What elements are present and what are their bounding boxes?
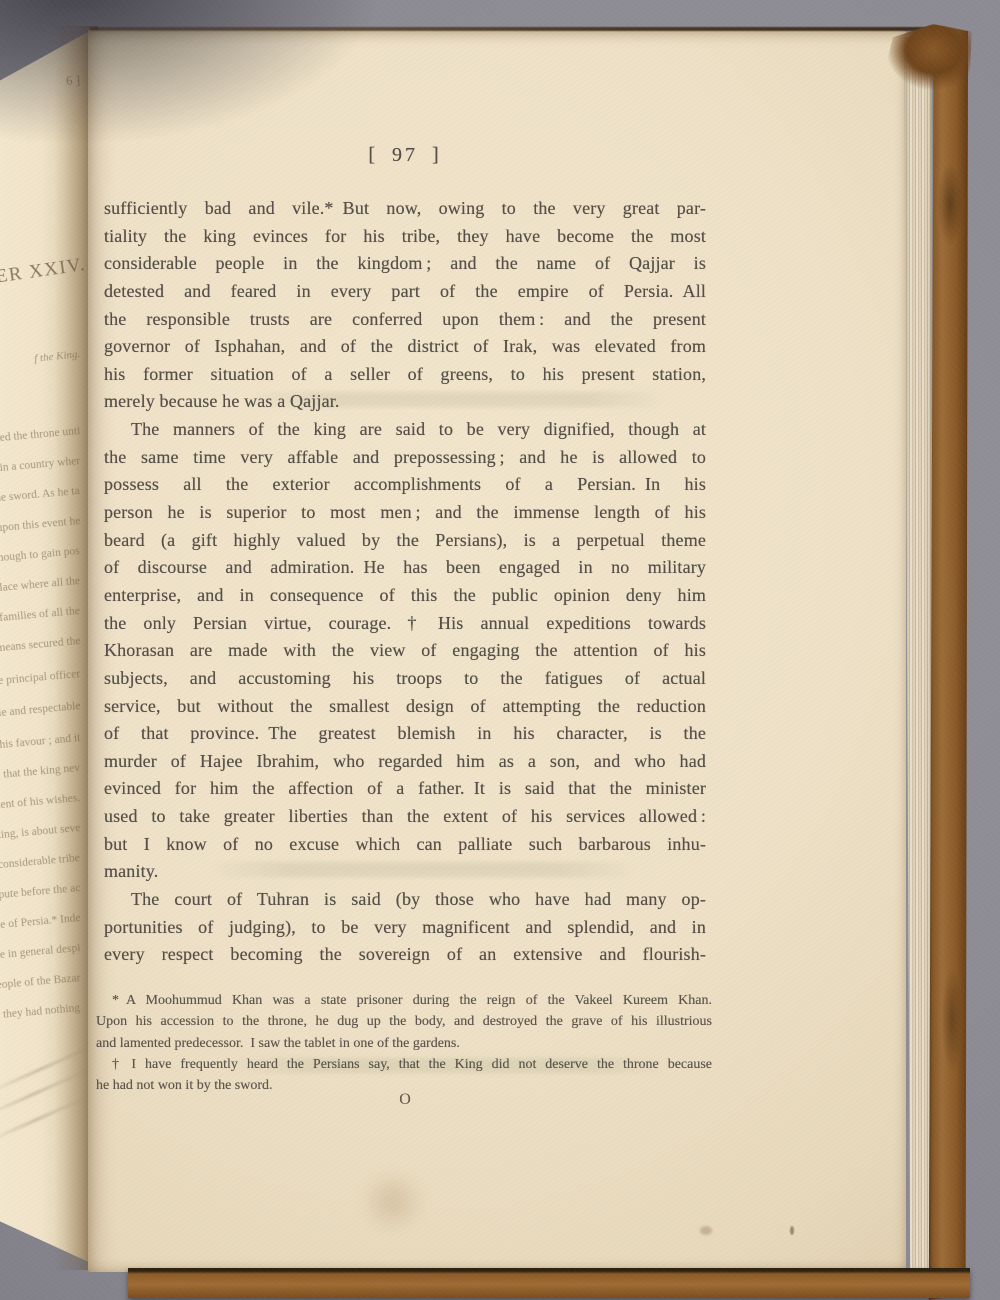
body-text-line: Khorasan are made with the view of engag…: [104, 637, 706, 665]
body-text-line: person he is superior to most men ; and …: [104, 499, 706, 527]
footnote-line: * A Moohummud Khan was a state prisoner …: [96, 990, 712, 1011]
body-text-line: his former situation of a seller of gree…: [104, 361, 706, 389]
body-text-line: beard (a gift highly valued by the Persi…: [104, 527, 706, 555]
page-curl-streak: [0, 1068, 90, 1120]
body-text-line: the responsible trusts are conferred upo…: [104, 306, 706, 334]
body-text-line: the only Persian virtue, courage. † His …: [104, 610, 706, 638]
book-cover-edge-bottom: [128, 1268, 970, 1298]
facing-page-text-fragment: ed, and the families of all the: [0, 605, 81, 629]
age-spot: [700, 1226, 712, 1235]
body-text-line: tiality the king evinces for his tribe, …: [104, 223, 706, 251]
facing-page-text-fragment: he present king, is about seve: [0, 822, 81, 846]
paragraph: The court of Tuhran is said (by those wh…: [104, 886, 706, 969]
body-text-line: enterprise, and in consequence of this t…: [104, 582, 706, 610]
body-text-line: of discourse and admiration. He has been…: [104, 554, 706, 582]
body-text-line: used to take greater liberties than the …: [104, 803, 706, 831]
body-text-line: The court of Tuhran is said (by those wh…: [104, 886, 706, 914]
body-text-line: considerable people in the kingdom ; and…: [104, 250, 706, 278]
facing-page-edge: 6 ]TER XXIV.f the King.ia ascended the t…: [0, 26, 92, 1266]
facing-page-text-fragment: mplishment of his wishes.: [0, 792, 81, 814]
page-block-top-edge: [90, 27, 936, 31]
body-text-line: possess all the exterior accomplishments…: [104, 471, 706, 499]
facing-page-text-fragment: fortunate enough to gain pos: [0, 545, 81, 568]
body-text-line: but I know of no excuse which can pallia…: [104, 831, 706, 859]
facing-page-text-fragment: most considerable and respectable: [0, 700, 81, 726]
body-text-line: murder of Hajee Ibrahim, who regarded hi…: [104, 748, 706, 776]
body-text-line: governor of Isphahan, and of the distric…: [104, 333, 706, 361]
facing-page-text-fragment: Qajjar, an inconsiderable tribe: [0, 852, 81, 876]
facing-page-text-fragment: than the people of the Bazar: [0, 972, 81, 995]
age-stain: [356, 1174, 430, 1230]
facing-page-text-fragment: himself in his favour ; and it: [0, 732, 81, 755]
footnote-line: Upon his accession to the throne, he dug…: [96, 1011, 712, 1032]
paragraph: sufficiently bad and vile.* But now, owi…: [104, 195, 706, 416]
photographed-book-scene: 6 ]TER XXIV.f the King.ia ascended the t…: [0, 0, 1000, 1300]
facing-page-text-fragment: He by this means secured the: [0, 635, 81, 659]
footnotes: * A Moohummud Khan was a state prisoner …: [96, 990, 712, 1096]
facing-page-text-fragment: ely occur in a country wher: [0, 455, 81, 478]
body-text-line: evinced for him the affection of a fathe…: [104, 775, 706, 803]
page-number: [ 97 ]: [104, 144, 706, 167]
facing-page-text-fragment: and influence, that the king nev: [0, 762, 81, 787]
body-text-line: every respect becoming the sovereign of …: [104, 941, 706, 969]
facing-page-text-fragment: Sheeraz ; upon this event he: [0, 515, 81, 538]
facing-page-text-fragment: ia ascended the throne unti: [0, 425, 81, 448]
facing-page-text-fragment: nds upon the sword. As he ta: [0, 485, 81, 509]
facing-page-text-fragment: was at this place where all the: [0, 575, 81, 599]
facing-page-text-fragment: and of no repute before the ac: [0, 882, 81, 906]
facing-page-text-fragment: the pain that they had nothing: [0, 1002, 81, 1026]
facing-page-text-fragment: f the King.: [33, 348, 80, 365]
body-text-line: detested and feared in every part of the…: [104, 278, 706, 306]
facing-page-text-fragment: to the throne of Persia.* Inde: [0, 912, 81, 936]
facing-page-text-fragment: 6 ]: [65, 72, 80, 89]
body-text-line: manity.: [104, 858, 706, 886]
footnote-line: and lamented predecessor. I saw the tabl…: [96, 1033, 712, 1054]
ink-fleck: [790, 1226, 794, 1235]
book-cover-edge-right: [928, 26, 968, 1300]
paragraph: The manners of the king are said to be v…: [104, 416, 706, 886]
book-page: [ 97 ] sufficiently bad and vile.* But n…: [88, 30, 906, 1272]
body-text-line: service, but without the smallest design…: [104, 693, 706, 721]
facing-page-text-fragment: bility of all the principal officer: [0, 668, 81, 693]
body-text-line: portunities of judging), to be very magn…: [104, 914, 706, 942]
body-text-line: The manners of the king are said to be v…: [104, 416, 706, 444]
facing-page-text-fragment: TER XXIV.: [0, 254, 88, 290]
facing-page-text-fragment: an they were in general despi: [0, 942, 81, 966]
body-text-line: merely because he was a Qajjar.: [104, 388, 706, 416]
body-text-line: of that province. The greatest blemish i…: [104, 720, 706, 748]
body-text-line: subjects, and accustoming his troops to …: [104, 665, 706, 693]
body-text-line: sufficiently bad and vile.* But now, owi…: [104, 195, 706, 223]
page-body: sufficiently bad and vile.* But now, owi…: [104, 195, 706, 969]
signature-mark: O: [104, 1091, 706, 1109]
page-block-fore-edge: [904, 34, 932, 1272]
footnote-line: † I have frequently heard the Persians s…: [96, 1054, 712, 1075]
body-text-line: the same time very affable and preposses…: [104, 444, 706, 472]
